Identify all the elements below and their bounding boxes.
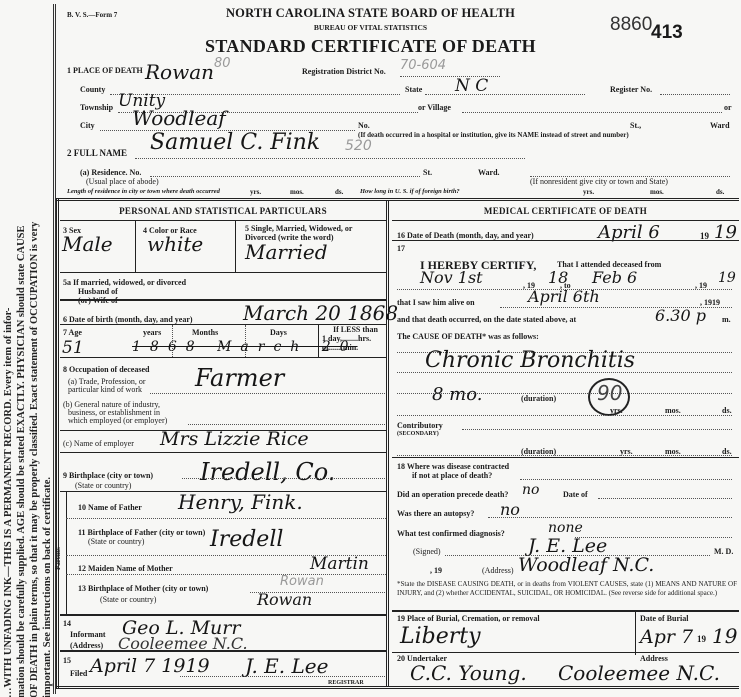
rule (392, 457, 739, 458)
place-of-death-label: 1 PLACE OF DEATH (67, 66, 143, 75)
residence-ward-label: Ward. (478, 168, 500, 177)
cause-label: The CAUSE OF DEATH* was as follows: (397, 332, 539, 341)
father-bp-label-2: (State or country) (88, 537, 144, 546)
rule (392, 652, 739, 653)
registrar-signature: J. E. Lee (245, 654, 328, 678)
operation-value: no (522, 482, 539, 498)
margin-line-2: mation should be carefully supplied. AGE… (15, 8, 28, 697)
margin-instructions: …WITH UNFADING INK—THIS IS A PERMANENT R… (2, 8, 52, 697)
age-years-value: 51 (62, 338, 84, 358)
foreign-yrs: yrs. (583, 188, 594, 196)
state-line (425, 94, 585, 95)
rule (60, 272, 386, 273)
last-seen-value: April 6th (528, 287, 600, 306)
father-bp-value: Iredell (210, 527, 283, 552)
birthplace-label-1: 9 Birthplace (city or town) (63, 471, 153, 480)
spouse-label-2: Husband of (78, 287, 118, 296)
county-note: 80 (214, 56, 231, 71)
header-rule (56, 198, 739, 201)
signed-label: (Signed) (413, 547, 441, 556)
registrar-label: REGISTRAR (328, 680, 364, 686)
filed-value: April 7 1919 (90, 655, 210, 677)
death-time-value: 6.30 p (655, 306, 706, 325)
age-days-label: Days (270, 328, 287, 337)
industry-label-3: which employed (or employer) (68, 416, 167, 425)
rule (392, 610, 739, 612)
mother-label: 12 Maiden Name of Mother (78, 564, 173, 573)
full-name-line (135, 158, 525, 159)
village-line (462, 112, 722, 113)
rule (60, 614, 386, 616)
occupation-value: Farmer (195, 364, 284, 392)
employer-value: Mrs Lizzie Rice (160, 428, 309, 450)
hospital-note: (If death occurred in a hospital or inst… (358, 131, 629, 139)
item-17: 17 (397, 244, 405, 253)
burial-place-value: Liberty (400, 624, 481, 649)
county-value: Rowan (145, 60, 214, 84)
mother-bp-label-2: (State or country) (100, 595, 156, 604)
rule (488, 517, 732, 518)
employer-label: (c) Name of employer (63, 439, 134, 448)
register-label: Register No. (610, 85, 652, 94)
dob-label: 6 Date of birth (month, day, and year) (63, 315, 193, 324)
personal-section-title: PERSONAL AND STATISTICAL PARTICULARS (60, 206, 386, 216)
rule (392, 220, 739, 221)
rule (60, 220, 386, 221)
cause-value: Chronic Bronchitis (425, 348, 635, 373)
death-time-suffix: m. (722, 315, 731, 324)
foreign-ds: ds. (716, 188, 724, 196)
duration-yrs: yrs. (610, 406, 623, 415)
mother-bp-label-1: 13 Birthplace of Mother (city or town) (78, 584, 208, 593)
attended-to: Feb 6 (592, 268, 637, 287)
reg-district-value: 70-604 (400, 58, 446, 73)
marital-value: Married (245, 240, 328, 264)
contributory-label: Contributory (397, 421, 443, 430)
attended-from: Nov 1st (420, 268, 483, 287)
foreign-birth-label: How long in U. S. if of foreign birth? (360, 188, 460, 195)
operation-date-label: Date of (563, 490, 588, 499)
informant-label: Informant (70, 630, 106, 639)
state-label: State (405, 85, 422, 94)
age-years-label: years (143, 328, 161, 337)
undertaker-address-value: Cooleemee N.C. (558, 661, 720, 685)
rule (235, 220, 236, 272)
birthplace-value: Iredell, Co. (200, 458, 335, 486)
test-value: none (548, 520, 583, 536)
contracted-label-2: if not at place of death? (412, 471, 492, 480)
dod-label: 16 Date of Death (month, day, and year) (397, 231, 534, 240)
duration-mos: mos. (665, 406, 681, 415)
age-months-label: Months (192, 328, 218, 337)
trade-label-2: particular kind of work (68, 385, 142, 394)
physician-date-19: , 19 (430, 566, 442, 575)
burial-date-label: Date of Burial (640, 614, 688, 623)
frame-left (56, 198, 59, 688)
length-yrs: yrs. (250, 188, 261, 196)
filed-num: 15 (63, 656, 71, 665)
medical-section-title: MEDICAL CERTIFICATE OF DEATH (392, 206, 739, 216)
secondary-label: (SECONDARY) (397, 431, 439, 437)
village-label: or Village (418, 103, 451, 112)
physician-address-label: (Address) (482, 566, 514, 575)
spouse-label-1: 5a If married, widowed, or divorced (63, 278, 186, 287)
mother-bp-pencil: Rowan (280, 574, 324, 589)
city-no-label: No. (358, 121, 370, 130)
undertaker-value: C.C. Young. (410, 661, 527, 685)
rule (60, 357, 386, 358)
footer-rule (56, 686, 739, 689)
margin-line-3: OF DEATH in plain terms, so that it may … (28, 8, 41, 697)
certificate-title: STANDARD CERTIFICATE OF DEATH (0, 36, 741, 57)
certificate-number: 413 (651, 22, 683, 44)
duration-value: 8 mo. (432, 384, 482, 405)
city-label: City (80, 121, 95, 130)
industry-line (188, 424, 385, 425)
rule (60, 452, 386, 453)
occupation-line (150, 393, 385, 394)
rule (66, 491, 67, 614)
residence-st-label: St. (423, 168, 432, 177)
burial-date-value: Apr 7 (640, 626, 693, 648)
to-year: 19 (718, 270, 736, 286)
rule (462, 429, 732, 430)
rule (60, 650, 386, 652)
rule (520, 479, 732, 480)
death-time-label: and that death occurred, on the date sta… (397, 315, 576, 324)
physician-address-value: Woodleaf N.C. (518, 554, 654, 576)
city-ward-label: Ward (710, 121, 730, 130)
rule (635, 611, 636, 655)
race-value: white (147, 232, 203, 256)
burial-year: 19 (712, 624, 737, 648)
operation-label: Did an operation precede death? (397, 490, 508, 499)
rule (180, 676, 385, 677)
father-value: Henry, Fink. (178, 490, 303, 514)
burial-year-prefix: 19 (697, 634, 706, 644)
father-bp-label-1: 11 Birthplace of Father (city or town) (78, 528, 205, 537)
duration-ds: ds. (722, 406, 732, 415)
father-label: 10 Name of Father (78, 503, 142, 512)
township-label: Township (80, 103, 113, 112)
age-label: 7 Age (63, 328, 82, 337)
reg-district-label: Registration District No. (302, 67, 386, 76)
mother-value: Martin (310, 554, 369, 574)
dob-value: March 20 1868 (243, 301, 398, 325)
full-name-note: 520 (345, 138, 372, 154)
residence-line (150, 176, 420, 177)
rule (598, 498, 732, 499)
birthplace-line (182, 478, 385, 479)
rule (392, 240, 739, 241)
sex-value: Male (62, 232, 113, 256)
residence-label: (a) Residence. No. (80, 168, 141, 177)
code-circle-value: 90 (597, 381, 622, 405)
county-label: County (80, 85, 105, 94)
informant-num: 14 (63, 619, 71, 628)
column-divider (386, 201, 389, 687)
last-seen-label: that I saw him alive on (397, 298, 475, 307)
age-struck-value: 1868 March 20 (132, 339, 358, 355)
duration-label: (duration) (521, 394, 556, 403)
rule (250, 592, 385, 593)
foreign-mos: mos. (650, 188, 664, 196)
length-mos: mos. (290, 188, 304, 196)
rule (66, 518, 386, 519)
length-ds: ds. (335, 188, 343, 196)
occupation-label: 8 Occupation of deceased (63, 365, 149, 374)
burial-label: 19 Place of Burial, Cremation, or remova… (397, 614, 540, 623)
nonresident-note: (If nonresident give city or town and St… (530, 177, 668, 186)
length-residence-label: Length of residence in city or town wher… (67, 188, 220, 195)
md-label: M. D. (714, 547, 733, 556)
residence-sublabel: (Usual place of abode) (86, 177, 159, 186)
stamp-number: 8860 (610, 14, 652, 36)
full-name-value: Samuel C. Fink (150, 130, 320, 155)
rule (135, 220, 136, 272)
state-value: N C (455, 76, 488, 96)
autopsy-label: Was there an autopsy? (397, 509, 474, 518)
test-label: What test confirmed diagnosis? (397, 529, 505, 538)
cause-footnote: *State the DISEASE CAUSING DEATH, or in … (397, 580, 737, 597)
city-st-label: St., (630, 121, 641, 130)
register-line (660, 94, 730, 95)
informant-address-label: (Address) (70, 641, 103, 650)
rule (397, 455, 732, 456)
or-label: or (724, 103, 732, 112)
rule (66, 574, 386, 575)
rule (397, 372, 732, 373)
contracted-label-1: 18 Where was disease contracted (397, 462, 509, 471)
full-name-label: 2 FULL NAME (67, 148, 127, 158)
margin-line-1: …WITH UNFADING INK—THIS IS A PERMANENT R… (2, 8, 15, 697)
birthplace-label-2: (State or country) (75, 481, 131, 490)
filed-label: Filed (70, 669, 87, 678)
parents-label: Parents (54, 547, 62, 570)
rule (397, 415, 732, 416)
less-label-1: If LESS than (333, 325, 378, 334)
city-value: Woodleaf (132, 106, 226, 130)
